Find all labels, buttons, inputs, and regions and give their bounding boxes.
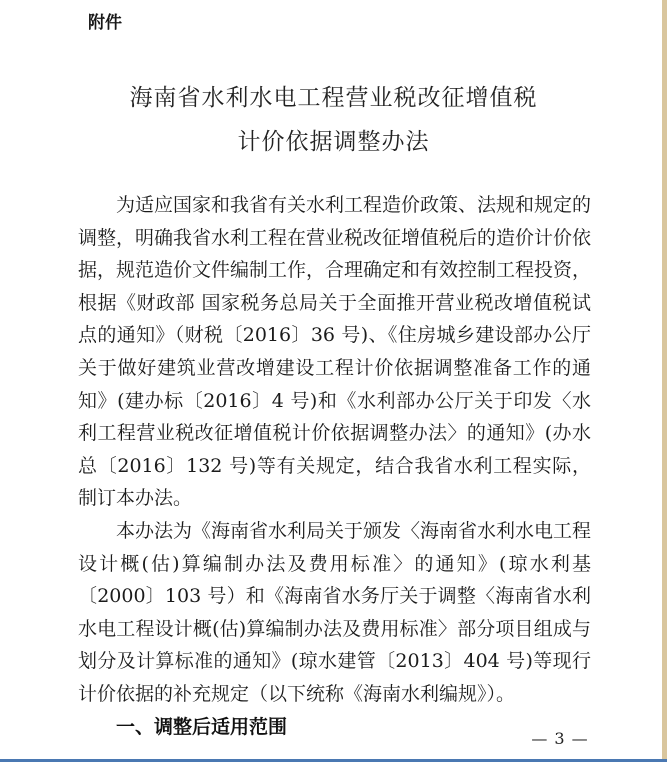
attachment-label: 附件: [88, 8, 122, 33]
document-page: 附件 海南省水利水电工程营业税改征增值税 计价依据调整办法 为适应国家和我省有关…: [0, 0, 667, 762]
document-body: 为适应国家和我省有关水利工程造价政策、法规和规定的调整，明确我省水利工程在营业税…: [78, 189, 591, 743]
document-title-line-2: 计价依据调整办法: [0, 120, 667, 164]
page-right-edge-border: [662, 0, 667, 762]
body-paragraph-2: 本办法为《海南省水利局关于颁发〈海南省水利水电工程设计概(估)算编制办法及费用标…: [78, 515, 591, 711]
body-paragraph-1: 为适应国家和我省有关水利工程造价政策、法规和规定的调整，明确我省水利工程在营业税…: [78, 189, 591, 515]
document-title: 海南省水利水电工程营业税改征增值税 计价依据调整办法: [0, 76, 667, 164]
document-title-line-1: 海南省水利水电工程营业税改征增值税: [0, 76, 667, 120]
page-number: — 3 —: [505, 729, 615, 748]
